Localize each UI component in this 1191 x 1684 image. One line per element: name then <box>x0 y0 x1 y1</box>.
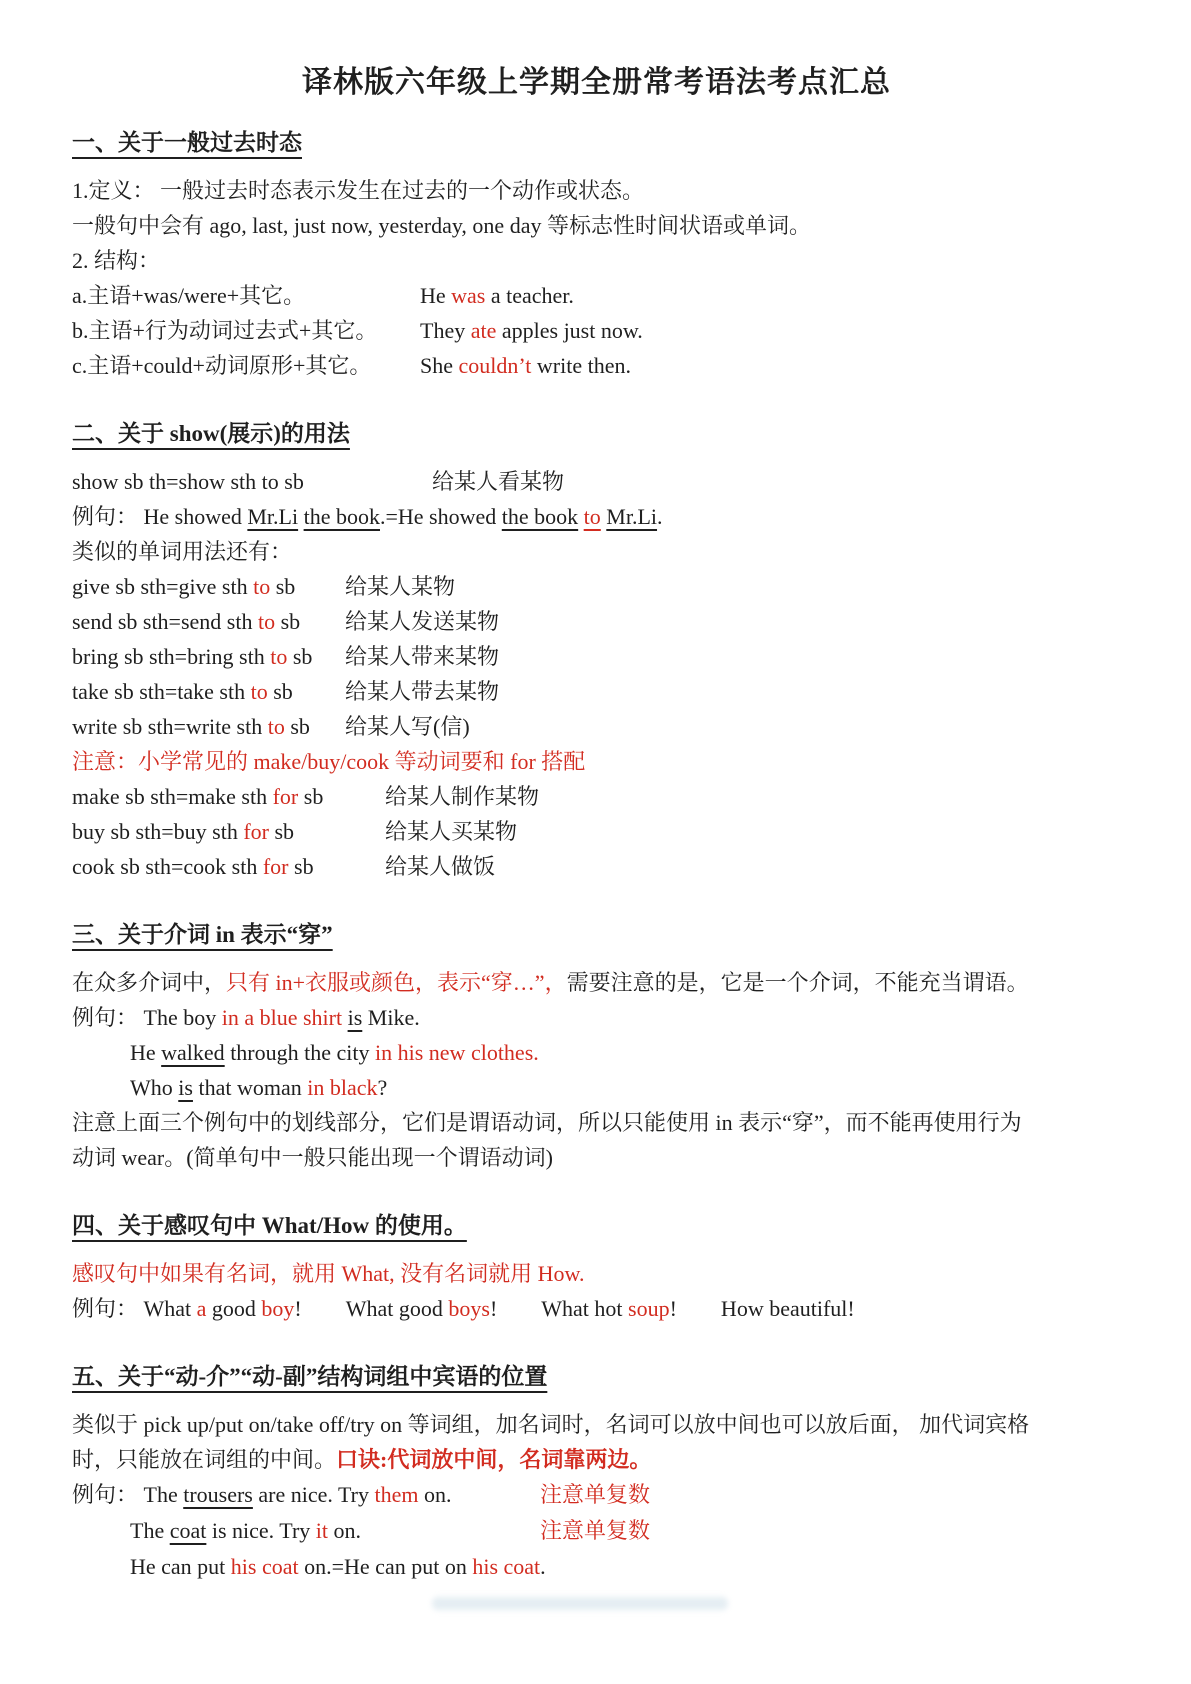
s3-example-3: Who is that woman in black? <box>72 1070 1121 1105</box>
s2-buy-meaning: 给某人买某物 <box>385 814 517 849</box>
s3-note-line-2: 动词 wear。(简单句中一般只能出现一个谓语动词) <box>72 1140 1121 1175</box>
section-phrasal-object-position: 五、关于“动-介”“动-副”结构词组中宾语的位置 类似于 pick up/put… <box>72 1326 1121 1584</box>
section-1-heading: 一、关于一般过去时态 <box>72 126 302 160</box>
s4-examples-line: 例句： What a good boy! What good boys! Wha… <box>72 1291 1121 1326</box>
s1-pattern-c: c.主语+could+动词原形+其它。 <box>72 348 420 383</box>
s2-to-row-give: give sb sth=give sth to sb 给某人某物 <box>72 569 1121 604</box>
s1-pattern-a: a.主语+was/were+其它。 <box>72 278 420 313</box>
s5-example-row-1: 例句： The trousers are nice. Try them on. … <box>72 1477 1121 1513</box>
s2-make-pattern: make sb sth=make sth for sb <box>72 779 385 814</box>
footer-watermark-smudge <box>432 1597 728 1610</box>
s2-show-pattern: show sb th=show sth to sb <box>72 464 432 499</box>
s2-to-row-take: take sb sth=take sth to sb 给某人带去某物 <box>72 674 1121 709</box>
s2-write-meaning: 给某人写(信) <box>345 709 470 744</box>
s3-example-1: 例句： The boy in a blue shirt is Mike. <box>72 1000 1121 1035</box>
s5-example-3: He can put his coat on.=He can put on hi… <box>72 1549 1121 1584</box>
page-title: 译林版六年级上学期全册常考语法考点汇总 <box>72 62 1121 104</box>
s2-for-row-make: make sb sth=make sth for sb 给某人制作某物 <box>72 779 1121 814</box>
section-show-usage: 二、关于 show(展示)的用法 show sb th=show sth to … <box>72 383 1121 884</box>
s2-write-pattern: write sb sth=write sth to sb <box>72 709 345 744</box>
s2-show-meaning: 给某人看某物 <box>432 464 564 499</box>
document-page: 译林版六年级上学期全册常考语法考点汇总 一、关于一般过去时态 1.定义： 一般过… <box>0 0 1191 1684</box>
s2-for-row-buy: buy sb sth=buy sth for sb 给某人买某物 <box>72 814 1121 849</box>
section-preposition-in: 三、关于介词 in 表示“穿” 在众多介词中，只有 in+衣服或颜色，表示“穿…… <box>72 884 1121 1175</box>
s2-bring-meaning: 给某人带来某物 <box>345 639 499 674</box>
page-content: 译林版六年级上学期全册常考语法考点汇总 一、关于一般过去时态 1.定义： 一般过… <box>0 0 1191 1584</box>
s5-example-row-2: The coat is nice. Try it on. 注意单复数 <box>72 1513 1121 1549</box>
s1-example-c: She couldn’t write then. <box>420 348 631 383</box>
s2-for-row-cook: cook sb sth=cook sth for sb 给某人做饭 <box>72 849 1121 884</box>
s3-note-line-1: 注意上面三个例句中的划线部分，它们是谓语动词，所以只能使用 in 表示“穿”，而… <box>72 1105 1121 1140</box>
s1-markers-line: 一般句中会有 ago, last, just now, yesterday, o… <box>72 208 1121 243</box>
s2-give-meaning: 给某人某物 <box>345 569 455 604</box>
s2-send-meaning: 给某人发送某物 <box>345 604 499 639</box>
s2-to-row-write: write sb sth=write sth to sb 给某人写(信) <box>72 709 1121 744</box>
section-past-tense: 一、关于一般过去时态 1.定义： 一般过去时态表示发生在过去的一个动作或状态。 … <box>72 122 1121 383</box>
section-what-how: 四、关于感叹句中 What/How 的使用。 感叹句中如果有名词，就用 What… <box>72 1175 1121 1326</box>
s2-cook-meaning: 给某人做饭 <box>385 849 495 884</box>
s2-example-sentence: 例句： He showed Mr.Li the book.=He showed … <box>72 499 1121 534</box>
section-4-heading: 四、关于感叹句中 What/How 的使用。 <box>72 1209 467 1243</box>
s1-example-a: He was a teacher. <box>420 278 574 313</box>
s5-example-2-note: 注意单复数 <box>540 1513 650 1549</box>
s2-take-pattern: take sb sth=take sth to sb <box>72 674 345 709</box>
s5-intro-line-1: 类似于 pick up/put on/take off/try on 等词组，加… <box>72 1407 1121 1442</box>
s2-give-pattern: give sb sth=give sth to sb <box>72 569 345 604</box>
s2-similar-label: 类似的单词用法还有： <box>72 534 1121 569</box>
s5-intro-line-2: 时，只能放在词组的中间。口诀:代词放中间，名词靠两边。 <box>72 1442 1121 1477</box>
s2-bring-pattern: bring sb sth=bring sth to sb <box>72 639 345 674</box>
section-5-heading: 五、关于“动-介”“动-副”结构词组中宾语的位置 <box>72 1360 547 1394</box>
s5-example-1: 例句： The trousers are nice. Try them on. <box>72 1482 451 1507</box>
s5-example-2: The coat is nice. Try it on. <box>130 1518 361 1543</box>
section-2-heading: 二、关于 show(展示)的用法 <box>72 417 350 451</box>
s1-example-b: They ate apples just now. <box>420 313 643 348</box>
s5-example-1-note: 注意单复数 <box>540 1477 650 1513</box>
s1-pattern-b: b.主语+行为动词过去式+其它。 <box>72 313 420 348</box>
s3-example-2: He walked through the city in his new cl… <box>72 1035 1121 1070</box>
s2-make-meaning: 给某人制作某物 <box>385 779 539 814</box>
s1-structure-label: 2. 结构： <box>72 243 1121 278</box>
s2-send-pattern: send sb sth=send sth to sb <box>72 604 345 639</box>
s1-definition-line: 1.定义： 一般过去时态表示发生在过去的一个动作或状态。 <box>72 173 1121 208</box>
s2-show-row: show sb th=show sth to sb 给某人看某物 <box>72 464 1121 499</box>
s1-structure-row-b: b.主语+行为动词过去式+其它。 They ate apples just no… <box>72 313 1121 348</box>
s3-intro-line: 在众多介词中，只有 in+衣服或颜色，表示“穿…”，需要注意的是，它是一个介词，… <box>72 965 1121 1000</box>
s2-take-meaning: 给某人带去某物 <box>345 674 499 709</box>
s2-cook-pattern: cook sb sth=cook sth for sb <box>72 849 385 884</box>
s1-structure-row-a: a.主语+was/were+其它。 He was a teacher. <box>72 278 1121 313</box>
s2-to-row-bring: bring sb sth=bring sth to sb 给某人带来某物 <box>72 639 1121 674</box>
s2-buy-pattern: buy sb sth=buy sth for sb <box>72 814 385 849</box>
s2-for-note: 注意：小学常见的 make/buy/cook 等动词要和 for 搭配 <box>72 744 1121 779</box>
s4-rule-line: 感叹句中如果有名词，就用 What, 没有名词就用 How. <box>72 1256 1121 1291</box>
section-3-heading: 三、关于介词 in 表示“穿” <box>72 918 333 952</box>
s1-structure-row-c: c.主语+could+动词原形+其它。 She couldn’t write t… <box>72 348 1121 383</box>
s2-to-row-send: send sb sth=send sth to sb 给某人发送某物 <box>72 604 1121 639</box>
